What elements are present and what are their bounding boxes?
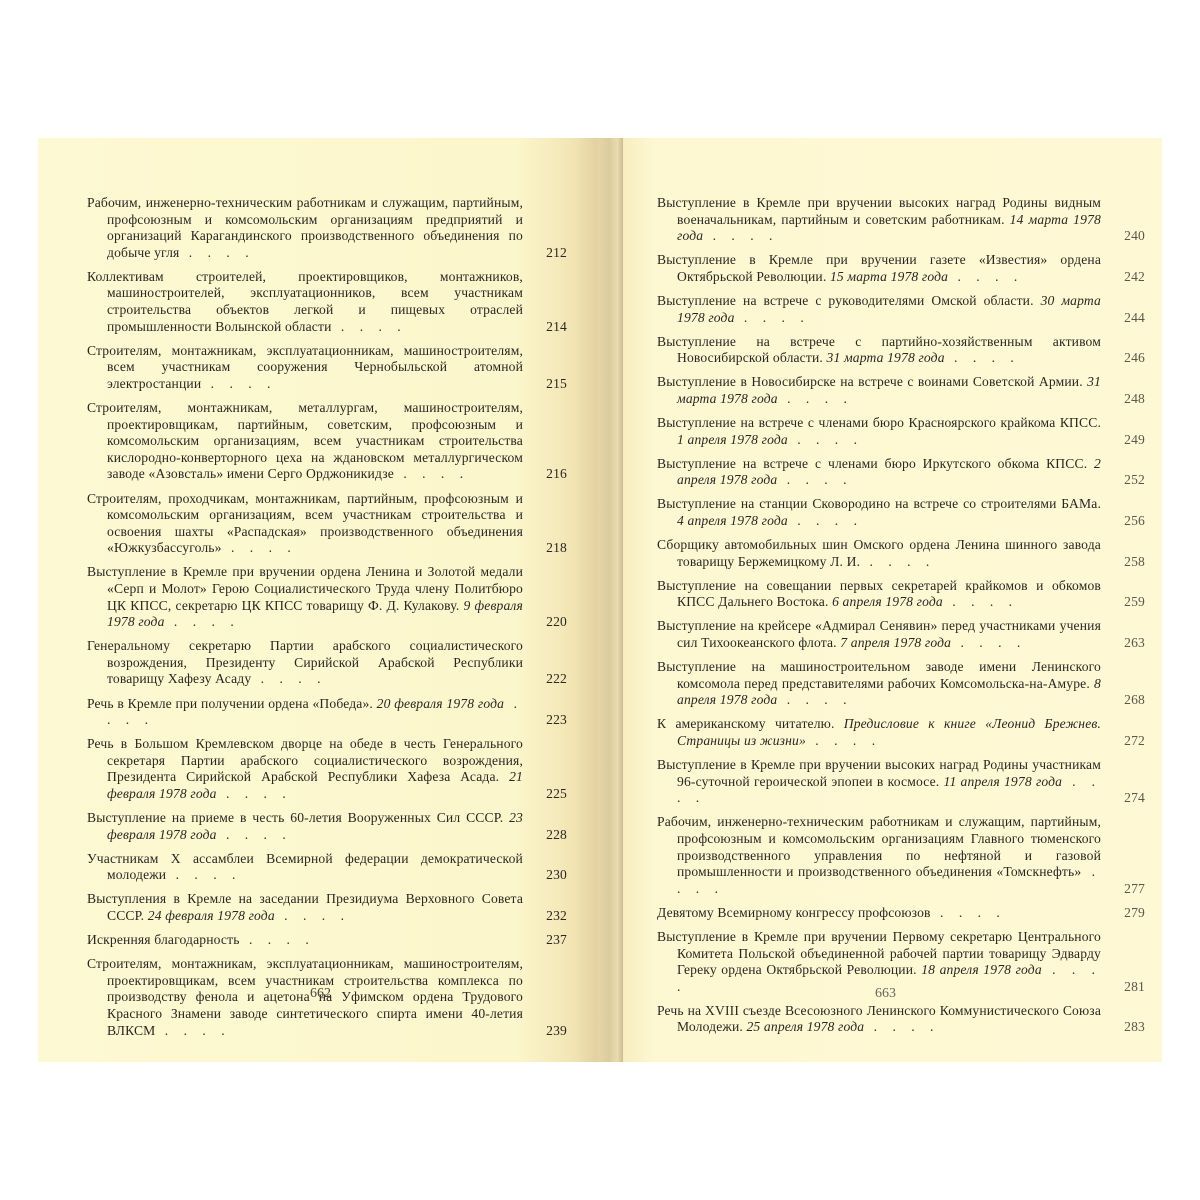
toc-entry-title: Выступление в Кремле при вручении ордена…	[87, 564, 523, 612]
toc-entry-text: Речь в Кремле при получении ордена «Побе…	[87, 696, 567, 729]
toc-entry-date: 1 апреля 1978 года	[677, 432, 788, 447]
toc-entry-title: Выступление в Новосибирске на встрече с …	[657, 374, 1083, 389]
toc-entry-text: Выступление в Кремле при вручении Первом…	[657, 929, 1145, 995]
toc-entry-text: Выступление на приеме в честь 60-летия В…	[87, 810, 567, 843]
toc-entry-page: 215	[527, 376, 567, 393]
leader-dots: . . . .	[217, 827, 292, 842]
toc-entry-title: Участникам X ассамблеи Всемирной федерац…	[87, 851, 523, 883]
toc-entry-text: Строителям, монтажникам, эксплуатационни…	[87, 343, 567, 393]
toc-entry-date: 11 апреля 1978 года	[944, 774, 1063, 789]
leader-dots: . . . .	[864, 1019, 939, 1034]
toc-entry-title: Выступление на встрече с руководителями …	[657, 293, 1034, 308]
page-number: 663	[875, 986, 896, 1002]
toc-entry-page: 249	[1105, 432, 1145, 449]
toc-entry-page: 268	[1105, 692, 1145, 709]
toc-entry: Выступление на машиностроительном заводе…	[657, 659, 1145, 709]
toc-entry: Выступление в Кремле при вручении газете…	[657, 252, 1145, 285]
leader-dots: . . . .	[860, 554, 935, 569]
toc-entry-text: Коллективам строителей, проектировщиков,…	[87, 269, 567, 335]
toc-entry-page: 222	[527, 671, 567, 688]
toc-entry-title: К американскому читателю.	[657, 716, 835, 731]
toc-entry-text: Участникам X ассамблеи Всемирной федерац…	[87, 851, 567, 884]
leader-dots: . . . .	[703, 228, 778, 243]
toc-entry-page: 230	[527, 867, 567, 884]
toc-entry-page: 214	[527, 319, 567, 336]
leader-dots: . . . .	[777, 692, 852, 707]
toc-entry-text: Выступление на крейсере «Адмирал Сенявин…	[657, 618, 1145, 651]
leader-dots: . . . .	[951, 635, 1026, 650]
toc-entry: Выступления в Кремле на заседании Презид…	[87, 891, 567, 924]
toc-entry-text: Речь на XVIII съезде Всесоюзного Ленинск…	[657, 1003, 1145, 1036]
toc-entry-page: 283	[1105, 1019, 1145, 1036]
toc-entry-text: Речь в Большом Кремлевском дворце на обе…	[87, 736, 567, 802]
toc-entry: Девятому Всемирному конгрессу профсоюзов…	[657, 905, 1145, 922]
toc-entry-text: Выступления в Кремле на заседании Презид…	[87, 891, 567, 924]
toc-entry-page: 256	[1105, 513, 1145, 530]
toc-entry-text: Сборщику автомобильных шин Омского орден…	[657, 537, 1145, 570]
toc-entry: Выступление на встрече с партийно-хозяйс…	[657, 334, 1145, 367]
toc-entry-page: 228	[527, 827, 567, 844]
toc-entry: Участникам X ассамблеи Всемирной федерац…	[87, 851, 567, 884]
leader-dots: . . . .	[275, 908, 350, 923]
toc-entry-title: Выступление на встрече с членами бюро Кр…	[657, 415, 1101, 430]
toc-entry-date: 18 апреля 1978 года	[921, 962, 1042, 977]
toc-entry-title: Выступление на приеме в честь 60-летия В…	[87, 810, 503, 825]
leader-dots: . . . .	[179, 245, 254, 260]
toc-entry: Рабочим, инженерно-техническим работника…	[87, 195, 567, 261]
toc-entry-text: Выступление в Кремле при вручении газете…	[657, 252, 1145, 285]
toc-entry-text: Девятому Всемирному конгрессу профсоюзов…	[657, 905, 1145, 922]
leader-dots: . . . .	[945, 350, 1020, 365]
toc-entry-text: Строителям, проходчикам, монтажникам, па…	[87, 491, 567, 557]
toc-entry-text: Рабочим, инженерно-техническим работника…	[657, 814, 1145, 897]
toc-entry-text: Выступление на станции Сковородино на вс…	[657, 496, 1145, 529]
toc-entry: Выступление на станции Сковородино на вс…	[657, 496, 1145, 529]
leader-dots: . . . .	[948, 269, 1023, 284]
toc-entry-page: 218	[527, 540, 567, 557]
toc-entry: Речь в Большом Кремлевском дворце на обе…	[87, 736, 567, 802]
toc-entry-page: 242	[1105, 269, 1145, 286]
toc-entry-date: 25 апреля 1978 года	[746, 1019, 864, 1034]
table-of-contents-left: Рабочим, инженерно-техническим работника…	[87, 195, 567, 1047]
toc-entry-page: 225	[527, 786, 567, 803]
left-page: Рабочим, инженерно-техническим работника…	[38, 138, 600, 1062]
toc-entry-title: Выступление на встрече с членами бюро Ир…	[657, 456, 1087, 471]
toc-entry-title: Строителям, монтажникам, эксплуатационни…	[87, 343, 523, 391]
toc-entry: Речь в Кремле при получении ордена «Побе…	[87, 696, 567, 729]
toc-entry-date: 31 марта 1978 года	[827, 350, 945, 365]
toc-entry-text: Выступление в Новосибирске на встрече с …	[657, 374, 1145, 407]
toc-entry-page: 232	[527, 908, 567, 925]
toc-entry-text: Строителям, монтажникам, металлургам, ма…	[87, 400, 567, 483]
leader-dots: . . . .	[788, 513, 863, 528]
toc-entry: Выступление на крейсере «Адмирал Сенявин…	[657, 618, 1145, 651]
toc-entry-text: Выступление в Кремле при вручении высоки…	[657, 757, 1145, 807]
book-gutter	[598, 138, 626, 1062]
toc-entry-page: 258	[1105, 554, 1145, 571]
toc-entry-title: Речь в Большом Кремлевском дворце на обе…	[87, 736, 523, 784]
toc-entry-page: 212	[527, 245, 567, 262]
toc-entry: Выступление на совещании первых секретар…	[657, 578, 1145, 611]
toc-entry: Выступление на приеме в честь 60-летия В…	[87, 810, 567, 843]
leader-dots: . . . .	[217, 786, 292, 801]
toc-entry: Речь на XVIII съезде Всесоюзного Ленинск…	[657, 1003, 1145, 1036]
toc-entry: Выступление в Кремле при вручении ордена…	[87, 564, 567, 630]
toc-entry-page: 223	[527, 712, 567, 729]
toc-entry-title: Речь в Кремле при получении ордена «Побе…	[87, 696, 373, 711]
toc-entry-page: 272	[1105, 733, 1145, 750]
toc-entry-title: Рабочим, инженерно-техническим работника…	[657, 814, 1101, 879]
toc-entry-title: Выступление на машиностроительном заводе…	[657, 659, 1101, 691]
leader-dots: . . . .	[165, 614, 240, 629]
toc-entry: Коллективам строителей, проектировщиков,…	[87, 269, 567, 335]
toc-entry-page: 274	[1105, 790, 1145, 807]
toc-entry-page: 246	[1105, 350, 1145, 367]
toc-entry: Выступление в Кремле при вручении высоки…	[657, 757, 1145, 807]
toc-entry: Выступление в Кремле при вручении Первом…	[657, 929, 1145, 995]
toc-entry-text: Рабочим, инженерно-техническим работника…	[87, 195, 567, 261]
toc-entry-page: 220	[527, 614, 567, 631]
toc-entry-title: Строителям, проходчикам, монтажникам, па…	[87, 491, 523, 556]
toc-entry: Строителям, монтажникам, эксплуатационни…	[87, 343, 567, 393]
toc-entry-page: 259	[1105, 594, 1145, 611]
toc-entry-text: Искренняя благодарность . . . .	[87, 932, 567, 949]
leader-dots: . . . .	[240, 932, 315, 947]
toc-entry-text: К американскому читателю. Предисловие к …	[657, 716, 1145, 749]
toc-entry-title: Коллективам строителей, проектировщиков,…	[87, 269, 523, 334]
leader-dots: . . . .	[931, 905, 1006, 920]
toc-entry-text: Выступление на встрече с руководителями …	[657, 293, 1145, 326]
toc-entry: Сборщику автомобильных шин Омского орден…	[657, 537, 1145, 570]
toc-entry-page: 281	[1105, 979, 1145, 996]
toc-entry-date: 7 апреля 1978 года	[840, 635, 951, 650]
toc-entry-page: 252	[1105, 472, 1145, 489]
toc-entry-page: 279	[1105, 905, 1145, 922]
toc-entry: Выступление на встрече с членами бюро Кр…	[657, 415, 1145, 448]
table-of-contents-right: Выступление в Кремле при вручении высоки…	[657, 195, 1145, 1044]
toc-entry: Выступление на встрече с членами бюро Ир…	[657, 456, 1145, 489]
leader-dots: . . . .	[251, 671, 326, 686]
toc-entry-date: 15 марта 1978 года	[830, 269, 948, 284]
toc-entry: Генеральному секретарю Партии арабского …	[87, 638, 567, 688]
toc-entry-text: Выступление на встрече с членами бюро Кр…	[657, 415, 1145, 448]
toc-entry-title: Искренняя благодарность	[87, 932, 240, 947]
leader-dots: . . . .	[166, 867, 241, 882]
toc-entry-title: Строителям, монтажникам, эксплуатационни…	[87, 956, 523, 1037]
toc-entry-page: 216	[527, 466, 567, 483]
toc-entry-title: Девятому Всемирному конгрессу профсоюзов	[657, 905, 931, 920]
toc-entry: Рабочим, инженерно-техническим работника…	[657, 814, 1145, 897]
toc-entry-date: 4 апреля 1978 года	[677, 513, 788, 528]
toc-entry-page: 277	[1105, 881, 1145, 898]
leader-dots: . . . .	[201, 376, 276, 391]
leader-dots: . . . .	[222, 540, 297, 555]
toc-entry-date: 24 февраля 1978 года	[148, 908, 275, 923]
toc-entry-date: 20 февраля 1978 года	[377, 696, 504, 711]
toc-entry-text: Выступление в Кремле при вручении ордена…	[87, 564, 567, 630]
toc-entry-text: Выступление на машиностроительном заводе…	[657, 659, 1145, 709]
leader-dots: . . . .	[735, 310, 810, 325]
leader-dots: . . . .	[778, 391, 853, 406]
leader-dots: . . . .	[788, 432, 863, 447]
toc-entry-page: 244	[1105, 310, 1145, 327]
toc-entry-text: Выступление на встрече с партийно-хозяйс…	[657, 334, 1145, 367]
toc-entry-text: Генеральному секретарю Партии арабского …	[87, 638, 567, 688]
leader-dots: . . . .	[394, 466, 469, 481]
leader-dots: . . . .	[332, 319, 407, 334]
toc-entry: Искренняя благодарность . . . .237	[87, 932, 567, 949]
leader-dots: . . . .	[943, 594, 1018, 609]
toc-entry: Строителям, монтажникам, металлургам, ма…	[87, 400, 567, 483]
leader-dots: . . . .	[155, 1023, 230, 1038]
toc-entry-date: 6 апреля 1978 года	[832, 594, 943, 609]
toc-entry: Выступление в Кремле при вручении высоки…	[657, 195, 1145, 245]
toc-entry-title: Выступление на станции Сковородино на вс…	[657, 496, 1101, 511]
right-page: Выступление в Кремле при вручении высоки…	[623, 138, 1162, 1062]
page-number: 662	[310, 986, 331, 1002]
toc-entry-page: 248	[1105, 391, 1145, 408]
leader-dots: . . . .	[777, 472, 852, 487]
toc-entry-title: Рабочим, инженерно-техническим работника…	[87, 195, 523, 260]
toc-entry-text: Выступление в Кремле при вручении высоки…	[657, 195, 1145, 245]
leader-dots: . . . .	[806, 733, 881, 748]
toc-entry: Строителям, проходчикам, монтажникам, па…	[87, 491, 567, 557]
toc-entry: Выступление на встрече с руководителями …	[657, 293, 1145, 326]
toc-entry-page: 263	[1105, 635, 1145, 652]
toc-entry-text: Выступление на совещании первых секретар…	[657, 578, 1145, 611]
toc-entry-page: 240	[1105, 228, 1145, 245]
toc-entry: К американскому читателю. Предисловие к …	[657, 716, 1145, 749]
toc-entry-text: Выступление на встрече с членами бюро Ир…	[657, 456, 1145, 489]
toc-entry-page: 237	[527, 932, 567, 949]
book-spread: Рабочим, инженерно-техническим работника…	[38, 138, 1162, 1062]
toc-entry-page: 239	[527, 1023, 567, 1040]
toc-entry: Выступление в Новосибирске на встрече с …	[657, 374, 1145, 407]
